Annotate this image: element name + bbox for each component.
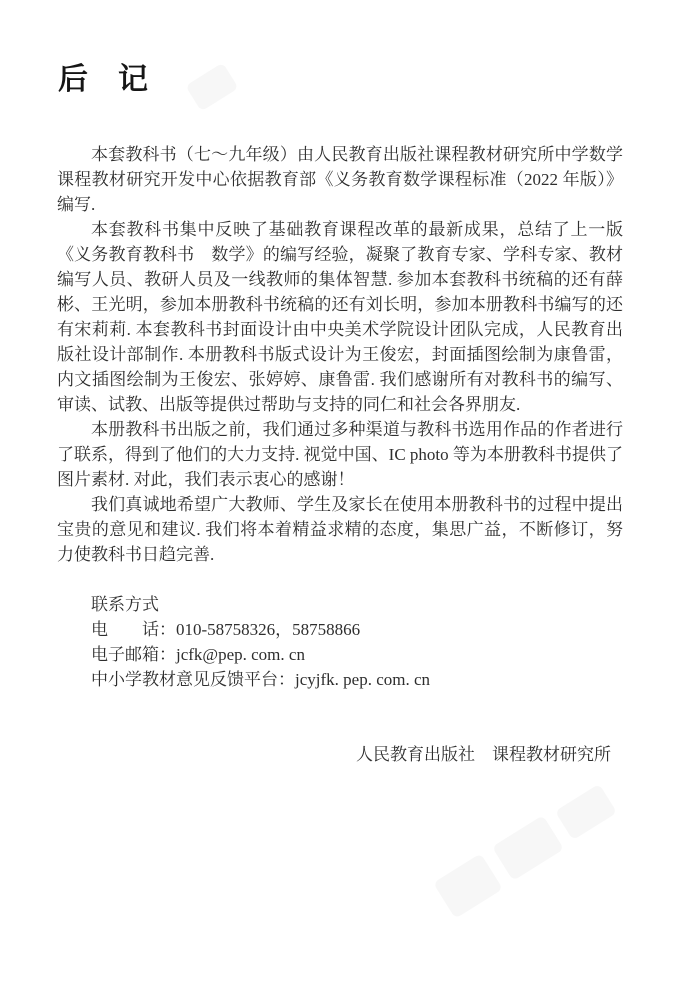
phone-value: 010-58758326，58758866 bbox=[176, 620, 360, 639]
feedback-platform-label: 中小学教材意见反馈平台： bbox=[91, 670, 295, 689]
paragraph-acknowledgement: 本册教科书出版之前，我们通过多种渠道与教科书选用作品的作者进行了联系，得到了他们… bbox=[57, 417, 623, 492]
contact-phone-line: 电 话：010-58758326，58758866 bbox=[57, 617, 623, 642]
paragraph-credits: 本套教科书集中反映了基础教育课程改革的最新成果，总结了上一版《义务教育教科书 数… bbox=[57, 217, 623, 417]
publisher-signature: 人民教育出版社 课程教材研究所 bbox=[57, 742, 611, 767]
feedback-platform-value: jcyjfk. pep. com. cn bbox=[295, 670, 430, 689]
paragraph-feedback-request: 我们真诚地希望广大教师、学生及家长在使用本册教科书的过程中提出宝贵的意见和建议.… bbox=[57, 492, 623, 567]
contact-email-line: 电子邮箱：jcfk@pep. com. cn bbox=[57, 642, 623, 667]
email-label: 电子邮箱： bbox=[91, 645, 176, 664]
email-value: jcfk@pep. com. cn bbox=[176, 645, 305, 664]
contact-feedback-line: 中小学教材意见反馈平台：jcyjfk. pep. com. cn bbox=[57, 667, 623, 692]
watermark-artifact bbox=[492, 815, 564, 881]
contact-heading: 联系方式 bbox=[57, 592, 623, 617]
page-title: 后 记 bbox=[58, 62, 623, 98]
watermark-artifact bbox=[433, 853, 503, 918]
watermark-artifact bbox=[555, 784, 617, 840]
page-content: 后 记 本套教科书（七～九年级）由人民教育出版社课程教材研究所中学数学课程教材研… bbox=[57, 62, 623, 767]
afterword-page: 后 记 本套教科书（七～九年级）由人民教育出版社课程教材研究所中学数学课程教材研… bbox=[0, 0, 699, 987]
phone-label: 电 话： bbox=[91, 620, 176, 639]
paragraph-intro: 本套教科书（七～九年级）由人民教育出版社课程教材研究所中学数学课程教材研究开发中… bbox=[57, 142, 623, 217]
contact-section: 联系方式 电 话：010-58758326，58758866 电子邮箱：jcfk… bbox=[57, 592, 623, 692]
